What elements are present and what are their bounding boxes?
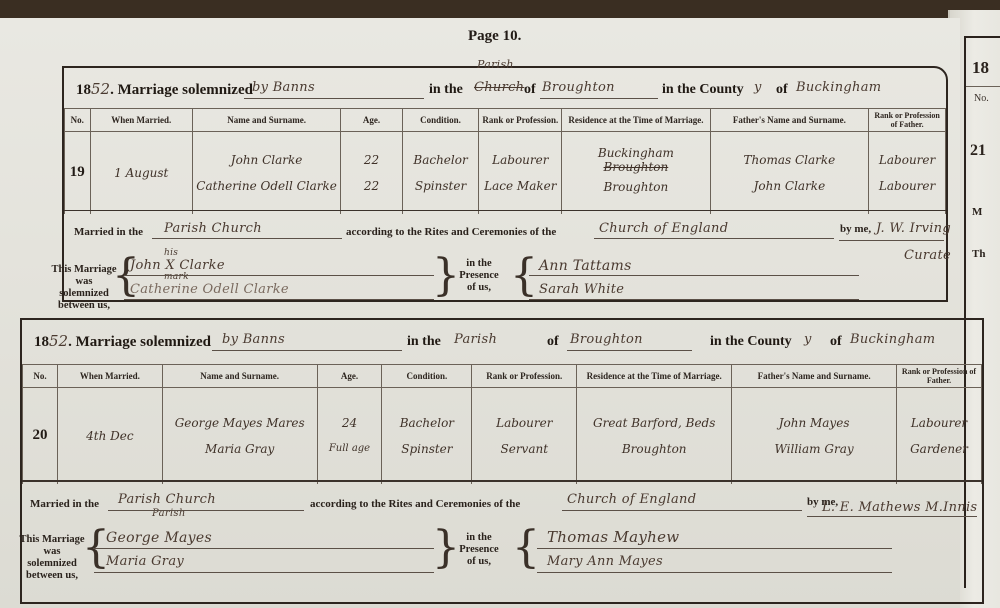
bride-rank: Servant (473, 436, 575, 462)
blank-line (594, 238, 834, 239)
rites-church: Church of England (599, 221, 728, 236)
when-married: 4th Dec (57, 388, 162, 484)
left-brace: { (512, 526, 540, 570)
col-residence: Residence at the Time of Marriage. (562, 109, 710, 132)
label-line: Presence (444, 270, 514, 282)
place-name: Broughton (542, 80, 615, 95)
blank-line (94, 548, 434, 549)
label-line: was (14, 546, 90, 558)
groom-condition: Bachelor (404, 147, 478, 173)
residence-cell: Great Barford, BedsBroughton (577, 388, 732, 484)
witness-2: Sarah White (539, 282, 624, 297)
blank-line (529, 299, 859, 300)
bride-father-rank: Labourer (870, 173, 944, 199)
rites-church: Church of England (567, 492, 696, 507)
marriage-solemnized-label: . Marriage solemnized (110, 82, 253, 98)
label-line: of us, (444, 556, 514, 568)
register-table: No. When Married. Name and Surname. Age.… (64, 108, 946, 214)
county-name: Buckingham (796, 80, 881, 95)
blank-line (537, 572, 892, 573)
col-rank: Rank or Profession. (479, 109, 562, 132)
groom-signature: John X Clarke (130, 258, 225, 273)
blank-line (124, 299, 434, 300)
groom-age: 24 (319, 410, 381, 436)
married-in-place: Parish Church (118, 492, 216, 507)
bride-rank: Lace Maker (480, 173, 560, 199)
in-the-label: in the (429, 82, 463, 98)
blank-line (244, 98, 424, 99)
col-rank: Rank or Profession. (472, 365, 577, 388)
table-row: 19 1 August John ClarkeCatherine Odell C… (65, 132, 946, 214)
groom-condition: Bachelor (383, 410, 470, 436)
register-table: No. When Married. Name and Surname. Age.… (22, 364, 982, 484)
blank-line (839, 240, 944, 241)
place-type-struck: Church (474, 80, 524, 95)
blank-line (212, 350, 402, 351)
solemnized-by: by Banns (252, 80, 315, 95)
left-brace: { (510, 254, 538, 298)
col-name: Name and Surname. (192, 109, 340, 132)
blank-line (562, 510, 802, 511)
names-cell: George Mayes MaresMaria Gray (162, 388, 317, 484)
col-residence: Residence at the Time of Marriage. (577, 365, 732, 388)
in-the-label: in the (407, 334, 441, 350)
entry-number: 19 (65, 132, 91, 214)
groom-residence: Great Barford, Beds (578, 410, 730, 436)
facing-no-header: No. (974, 93, 989, 104)
entry-heading: 1852. Marriage solemnized (76, 80, 253, 99)
condition-cell: BachelorSpinster (402, 132, 479, 214)
county-name: Buckingham (850, 332, 935, 347)
label-line: between us, (14, 570, 90, 582)
label-line: Presence (444, 544, 514, 556)
label-line: This Marriage (14, 534, 90, 546)
facing-married-fragment: M (972, 206, 982, 218)
table-row: 20 4th Dec George Mayes MaresMaria Gray … (23, 388, 982, 484)
bride-father: John Clarke (712, 173, 868, 199)
blank-line (807, 516, 977, 517)
condition-cell: BachelorSpinster (382, 388, 472, 484)
presence-label: in the Presence of us, (444, 258, 514, 294)
facing-this-fragment: Th (972, 248, 985, 260)
bride-signature: Maria Gray (106, 554, 184, 569)
groom-age: 22 (342, 147, 400, 173)
entry-heading: 1852. Marriage solemnized (34, 332, 211, 351)
place-type: Parish (477, 58, 514, 71)
label-line: between us, (44, 300, 124, 312)
col-name: Name and Surname. (162, 365, 317, 388)
rites-label: according to the Rites and Ceremonies of… (346, 226, 556, 238)
blank-line (567, 350, 692, 351)
col-no: No. (65, 109, 91, 132)
label-line: solemnized (14, 558, 90, 570)
col-condition: Condition. (382, 365, 472, 388)
ages-cell: 24Full age (317, 388, 382, 484)
mark-note-mark: mark (164, 272, 189, 282)
father-cell: Thomas ClarkeJohn Clarke (710, 132, 869, 214)
col-no: No. (23, 365, 58, 388)
year-suffix: 52 (91, 80, 110, 98)
col-when: When Married. (90, 109, 192, 132)
col-father: Father's Name and Surname. (732, 365, 897, 388)
col-when: When Married. (57, 365, 162, 388)
groom-residence-struck: Broughton (563, 160, 708, 174)
rites-label: according to the Rites and Ceremonies of… (310, 498, 520, 510)
groom-name: John Clarke (194, 147, 339, 173)
bride-age: Full age (319, 436, 381, 462)
facing-year: 18 (972, 58, 989, 78)
place-name: Broughton (570, 332, 643, 347)
county-suffix: y (804, 332, 812, 347)
father-rank-cell: LabourerGardener (897, 388, 982, 484)
officiant-signature: J. W. Irving (876, 221, 951, 236)
groom-father: John Mayes (733, 410, 895, 436)
col-condition: Condition. (402, 109, 479, 132)
groom-name: George Mayes Mares (164, 410, 316, 436)
presence-label: in the Presence of us, (444, 532, 514, 568)
ages-cell: 2222 (341, 132, 402, 214)
groom-rank: Labourer (473, 410, 575, 436)
witness-1: Ann Tattams (539, 258, 632, 274)
label-line: in the (444, 258, 514, 270)
residence-cell: BuckinghamBroughtonBroughton (562, 132, 710, 214)
blank-line (537, 548, 892, 549)
witness-2: Mary Ann Mayes (547, 554, 663, 569)
divider (22, 480, 982, 482)
groom-signature: George Mayes (106, 530, 212, 546)
register-page: Page 10. 1852. Marriage solemnized by Ba… (0, 18, 960, 608)
year-prefix: 18 (76, 82, 91, 98)
col-father-rank: Rank or Profession of Father. (869, 109, 946, 132)
groom-father-rank: Labourer (898, 410, 980, 436)
header-row: No. When Married. Name and Surname. Age.… (65, 109, 946, 132)
label-line: in the (444, 532, 514, 544)
county-of-label: of (776, 82, 788, 98)
rank-cell: LabourerLace Maker (479, 132, 562, 214)
year-suffix: 52 (49, 332, 68, 350)
names-cell: John ClarkeCatherine Odell Clarke (192, 132, 340, 214)
blank-line (108, 510, 304, 511)
bride-signature: Catherine Odell Clarke (130, 282, 289, 297)
col-age: Age. (341, 109, 402, 132)
divider (64, 210, 946, 211)
bride-age: 22 (342, 173, 400, 199)
blank-line (94, 572, 434, 573)
father-cell: John MayesWilliam Gray (732, 388, 897, 484)
groom-father-rank: Labourer (870, 147, 944, 173)
solemnized-by: by Banns (222, 332, 285, 347)
county-suffix: y (754, 80, 762, 95)
father-rank-cell: LabourerLabourer (869, 132, 946, 214)
facing-entry-number: 21 (970, 142, 986, 160)
in-the-county-label: in the County (710, 334, 792, 350)
bride-father-rank: Gardener (898, 436, 980, 462)
rank-cell: LabourerServant (472, 388, 577, 484)
place-type: Parish (454, 332, 497, 347)
bride-father: William Gray (733, 436, 895, 462)
bride-residence: Broughton (563, 174, 708, 200)
by-me-label: by me, (840, 223, 871, 235)
groom-rank: Labourer (480, 147, 560, 173)
bride-name: Catherine Odell Clarke (194, 173, 339, 199)
bride-name: Maria Gray (164, 436, 316, 462)
this-marriage-label: This Marriage was solemnized between us, (14, 534, 90, 582)
col-father-rank: Rank or Profession of Father. (897, 365, 982, 388)
of-label: of (524, 82, 536, 98)
col-father: Father's Name and Surname. (710, 109, 869, 132)
divider (966, 86, 1000, 87)
bride-residence: Broughton (578, 436, 730, 462)
page-number: Page 10. (468, 28, 521, 45)
mark-note-his: his (164, 248, 178, 258)
year-prefix: 18 (34, 334, 49, 350)
when-married: 1 August (90, 132, 192, 214)
county-of-label: of (830, 334, 842, 350)
blank-line (529, 275, 859, 276)
groom-residence: Buckingham (563, 146, 708, 160)
witness-1: Thomas Mayhew (547, 528, 679, 546)
of-label: of (547, 334, 559, 350)
marriage-entry-20: 1852. Marriage solemnized by Banns in th… (20, 318, 984, 604)
in-the-county-label: in the County (662, 82, 744, 98)
marriage-entry-19: 1852. Marriage solemnized by Banns in th… (62, 66, 948, 302)
blank-line (540, 98, 658, 99)
blank-line (124, 275, 434, 276)
header-row: No. When Married. Name and Surname. Age.… (23, 365, 982, 388)
married-in-place: Parish Church (164, 221, 262, 236)
bride-condition: Spinster (404, 173, 478, 199)
blank-line (152, 238, 342, 239)
col-age: Age. (317, 365, 382, 388)
married-in-label: Married in the (30, 498, 99, 510)
married-in-label: Married in the (74, 226, 143, 238)
bride-condition: Spinster (383, 436, 470, 462)
officiant-title: Curate (904, 248, 951, 263)
officiant-signature: L. E. Mathews M.Innis (822, 500, 977, 515)
marriage-solemnized-label: . Marriage solemnized (68, 334, 211, 350)
groom-father: Thomas Clarke (712, 147, 868, 173)
entry-number: 20 (23, 388, 58, 484)
label-line: of us, (444, 282, 514, 294)
